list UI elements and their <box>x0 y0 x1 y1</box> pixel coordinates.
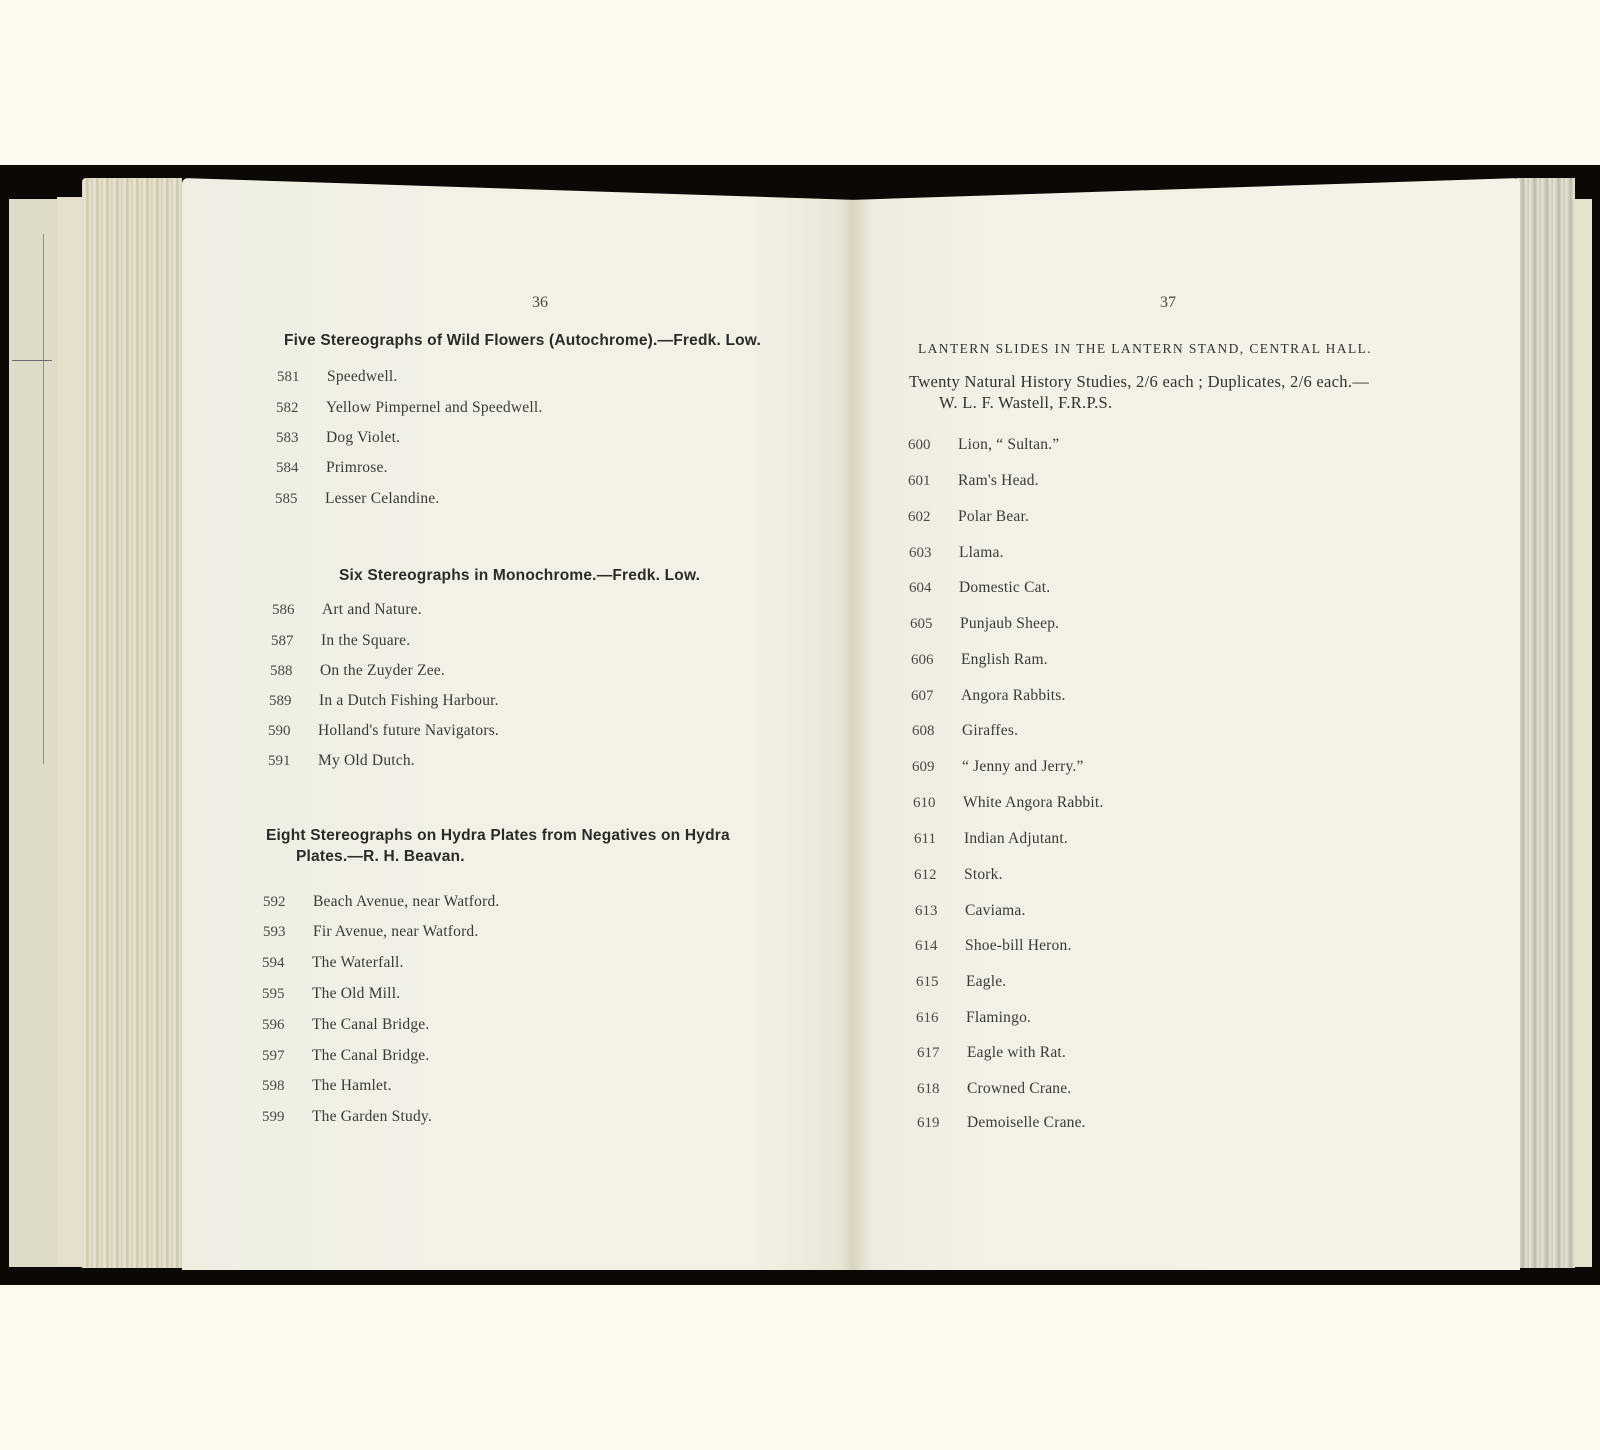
list-item: 619Demoiselle Crane. <box>917 1114 1086 1132</box>
item-title: Angora Rabbits. <box>961 687 1066 705</box>
item-title: Holland's future Navigators. <box>318 722 499 740</box>
item-title: Llama. <box>959 544 1004 562</box>
list-item: 609“ Jenny and Jerry.” <box>912 758 1084 776</box>
list-item: 582Yellow Pimpernel and Speedwell. <box>276 399 542 417</box>
item-number: 608 <box>912 723 962 740</box>
list-item: 583Dog Violet. <box>276 429 400 447</box>
list-item: 587In the Square. <box>271 632 410 650</box>
endpaper-ruled-line <box>12 360 52 361</box>
list-item: 595The Old Mill. <box>262 985 400 1003</box>
item-number: 595 <box>262 986 312 1003</box>
item-number: 600 <box>908 437 958 454</box>
list-item: 612Stork. <box>914 866 1003 884</box>
heading-line: W. L. F. Wastell, F.R.P.S. <box>909 392 1429 413</box>
item-number: 603 <box>909 545 959 562</box>
list-item: 589In a Dutch Fishing Harbour. <box>269 692 499 710</box>
item-title: In a Dutch Fishing Harbour. <box>319 692 499 710</box>
section-heading: Twenty Natural History Studies, 2/6 each… <box>909 371 1429 413</box>
item-title: The Hamlet. <box>312 1077 392 1095</box>
list-item: 594The Waterfall. <box>262 954 404 972</box>
item-number: 601 <box>908 473 958 490</box>
list-item: 600Lion, “ Sultan.” <box>908 436 1059 454</box>
list-item: 614Shoe-bill Heron. <box>915 937 1072 955</box>
section-heading: Five Stereographs of Wild Flowers (Autoc… <box>284 330 761 351</box>
list-item: 616Flamingo. <box>916 1009 1031 1027</box>
item-number: 583 <box>276 430 326 447</box>
item-title: Stork. <box>964 866 1003 884</box>
list-item: 596The Canal Bridge. <box>262 1016 429 1034</box>
heading-line: Eight Stereographs on Hydra Plates from … <box>266 825 796 846</box>
item-number: 610 <box>913 795 963 812</box>
item-title: The Canal Bridge. <box>312 1016 429 1034</box>
item-title: Yellow Pimpernel and Speedwell. <box>326 399 542 417</box>
item-number: 592 <box>263 894 313 911</box>
item-title: Beach Avenue, near Watford. <box>313 893 500 911</box>
item-number: 619 <box>917 1115 967 1132</box>
list-item: 597The Canal Bridge. <box>262 1047 429 1065</box>
item-title: Ram's Head. <box>958 472 1039 490</box>
list-item: 588On the Zuyder Zee. <box>270 662 445 680</box>
item-number: 616 <box>916 1010 966 1027</box>
item-number: 589 <box>269 693 319 710</box>
item-title: Eagle with Rat. <box>967 1044 1066 1062</box>
item-number: 611 <box>914 831 964 848</box>
item-number: 596 <box>262 1017 312 1034</box>
item-number: 604 <box>909 580 959 597</box>
item-title: Primrose. <box>326 459 388 477</box>
item-number: 584 <box>276 460 326 477</box>
item-title: Caviama. <box>965 902 1026 920</box>
item-title: White Angora Rabbit. <box>963 794 1103 812</box>
item-title: In the Square. <box>321 632 410 650</box>
item-number: 582 <box>276 400 326 417</box>
item-title: The Waterfall. <box>312 954 404 972</box>
front-endpaper <box>57 197 84 1267</box>
list-item: 606English Ram. <box>911 651 1048 669</box>
list-item: 615Eagle. <box>916 973 1006 991</box>
list-item: 610White Angora Rabbit. <box>913 794 1103 812</box>
item-title: Flamingo. <box>966 1009 1031 1027</box>
item-number: 593 <box>263 924 313 941</box>
item-number: 591 <box>268 753 318 770</box>
item-number: 602 <box>908 509 958 526</box>
list-item: 590Holland's future Navigators. <box>268 722 499 740</box>
item-title: Demoiselle Crane. <box>967 1114 1086 1132</box>
section-heading: Eight Stereographs on Hydra Plates from … <box>266 825 796 867</box>
list-item: 591My Old Dutch. <box>268 752 415 770</box>
section-heading: Six Stereographs in Monochrome.—Fredk. L… <box>339 565 700 586</box>
list-item: 602Polar Bear. <box>908 508 1029 526</box>
list-item: 605Punjaub Sheep. <box>910 615 1059 633</box>
item-title: On the Zuyder Zee. <box>320 662 445 680</box>
item-number: 599 <box>262 1109 312 1126</box>
list-item: 584Primrose. <box>276 459 388 477</box>
page-number: 36 <box>532 294 548 312</box>
item-title: Speedwell. <box>327 368 397 386</box>
item-title: Giraffes. <box>962 722 1018 740</box>
list-item: 601Ram's Head. <box>908 472 1039 490</box>
list-item: 581Speedwell. <box>277 368 397 386</box>
list-item: 613Caviama. <box>915 902 1026 920</box>
item-title: Fir Avenue, near Watford. <box>313 923 478 941</box>
item-number: 587 <box>271 633 321 650</box>
list-item: 607Angora Rabbits. <box>911 687 1066 705</box>
item-title: Lesser Celandine. <box>325 490 439 508</box>
item-title: Crowned Crane. <box>967 1080 1071 1098</box>
item-title: The Old Mill. <box>312 985 400 1003</box>
item-number: 612 <box>914 867 964 884</box>
item-number: 585 <box>275 491 325 508</box>
heading-line: Twenty Natural History Studies, 2/6 each… <box>909 371 1429 392</box>
item-number: 609 <box>912 759 962 776</box>
list-item: 598The Hamlet. <box>262 1077 392 1095</box>
item-number: 588 <box>270 663 320 680</box>
item-number: 598 <box>262 1078 312 1095</box>
item-title: Punjaub Sheep. <box>960 615 1059 633</box>
item-title: The Canal Bridge. <box>312 1047 429 1065</box>
item-number: 614 <box>915 938 965 955</box>
page-number: 37 <box>1160 294 1176 312</box>
item-number: 586 <box>272 602 322 619</box>
list-item: 599The Garden Study. <box>262 1108 432 1126</box>
item-title: Indian Adjutant. <box>964 830 1068 848</box>
list-item: 593Fir Avenue, near Watford. <box>263 923 478 941</box>
item-number: 581 <box>277 369 327 386</box>
item-title: Dog Violet. <box>326 429 400 447</box>
item-title: Shoe-bill Heron. <box>965 937 1072 955</box>
list-item: 611Indian Adjutant. <box>914 830 1068 848</box>
item-number: 613 <box>915 903 965 920</box>
endpaper-ruled-line <box>43 234 44 764</box>
list-item: 618Crowned Crane. <box>917 1080 1071 1098</box>
item-number: 605 <box>910 616 960 633</box>
item-title: Domestic Cat. <box>959 579 1050 597</box>
item-number: 607 <box>911 688 961 705</box>
page-stack-left <box>82 178 182 1268</box>
item-number: 590 <box>268 723 318 740</box>
item-number: 606 <box>911 652 961 669</box>
list-item: 608Giraffes. <box>912 722 1018 740</box>
list-item: 617Eagle with Rat. <box>917 1044 1066 1062</box>
section-title: LANTERN SLIDES IN THE LANTERN STAND, CEN… <box>918 341 1372 357</box>
item-number: 617 <box>917 1045 967 1062</box>
item-title: “ Jenny and Jerry.” <box>962 758 1084 776</box>
list-item: 585Lesser Celandine. <box>275 490 439 508</box>
item-title: The Garden Study. <box>312 1108 432 1126</box>
page-stack-right <box>1517 178 1575 1268</box>
item-title: Lion, “ Sultan.” <box>958 436 1059 454</box>
item-number: 594 <box>262 955 312 972</box>
item-title: English Ram. <box>961 651 1048 669</box>
list-item: 592Beach Avenue, near Watford. <box>263 893 500 911</box>
item-title: Polar Bear. <box>958 508 1029 526</box>
item-title: Eagle. <box>966 973 1006 991</box>
list-item: 604Domestic Cat. <box>909 579 1050 597</box>
heading-line: Plates.—R. H. Beavan. <box>266 846 796 867</box>
item-title: Art and Nature. <box>322 601 422 619</box>
item-number: 597 <box>262 1048 312 1065</box>
list-item: 586Art and Nature. <box>272 601 422 619</box>
list-item: 603Llama. <box>909 544 1004 562</box>
item-number: 618 <box>917 1081 967 1098</box>
back-cover-edge <box>1572 199 1592 1267</box>
item-title: My Old Dutch. <box>318 752 415 770</box>
item-number: 615 <box>916 974 966 991</box>
